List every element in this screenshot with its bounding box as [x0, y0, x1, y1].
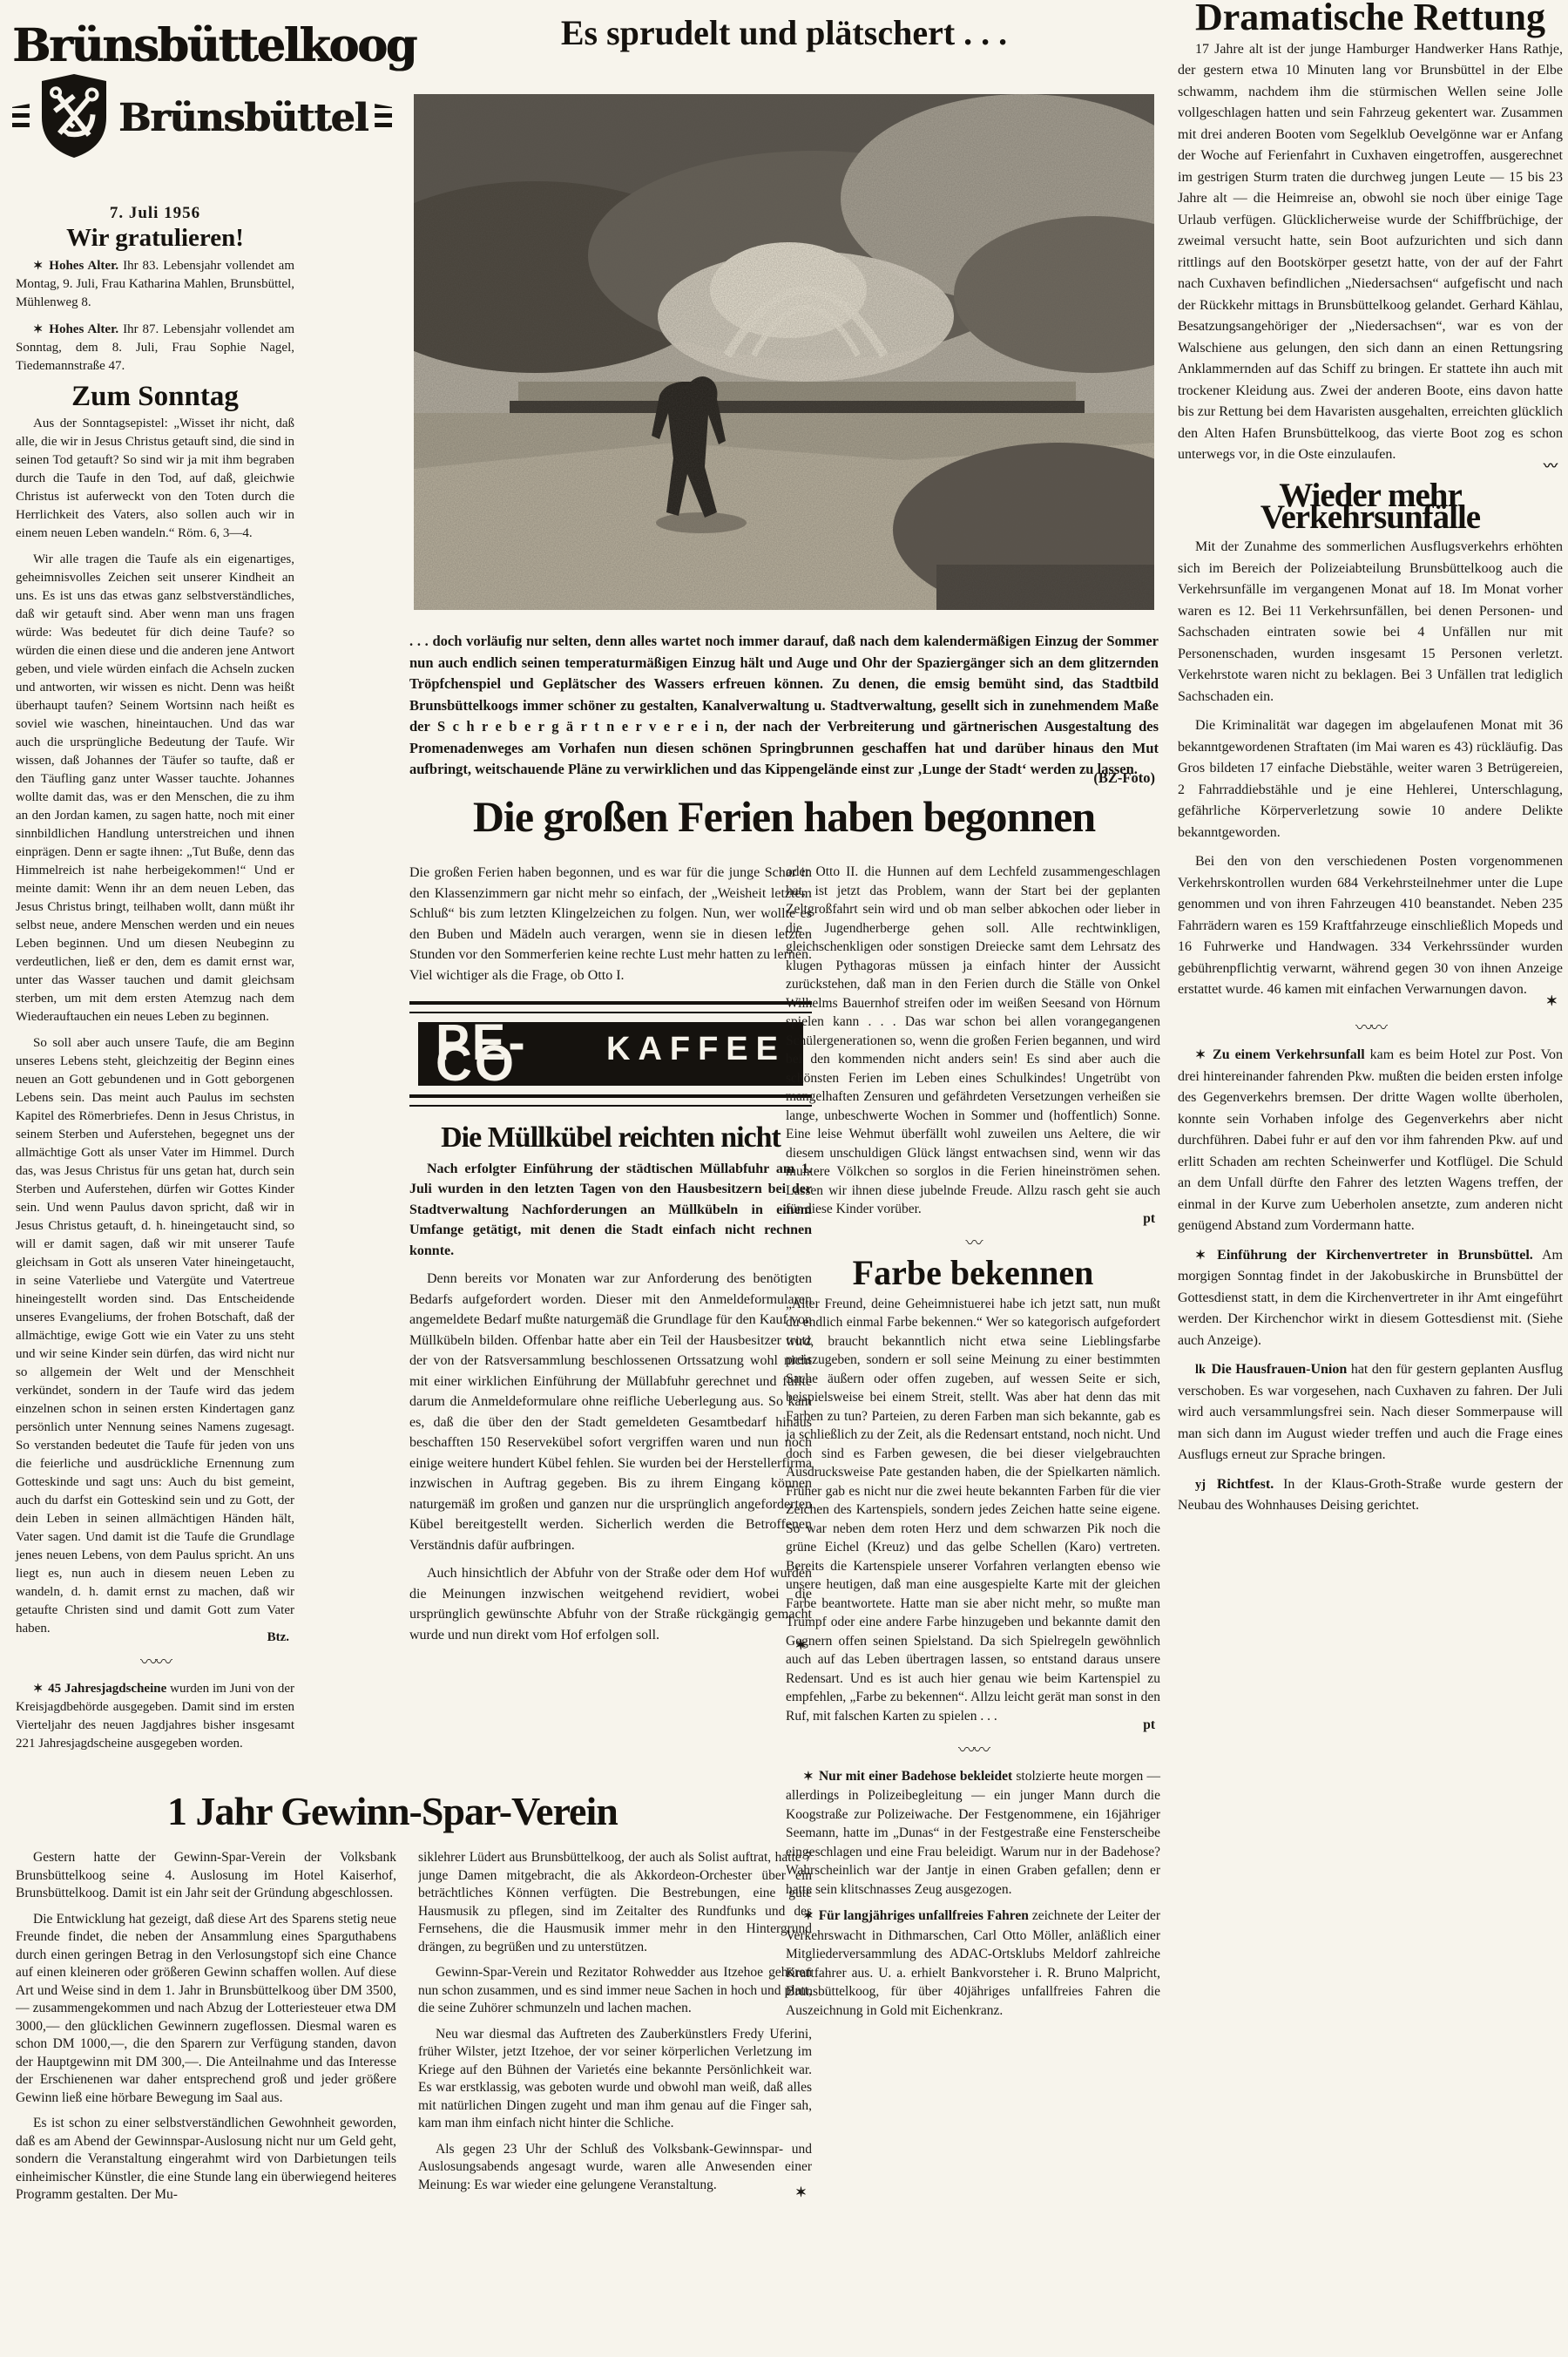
gewinn-paragraph: Es ist schon zu einer selbstverständlich… [16, 2115, 396, 2205]
news-brief-kirchenvertreter: ✶ Einführung der Kirchenvertreter in Bru… [1178, 1245, 1563, 1352]
star-marker-icon: ✶ [33, 1682, 44, 1695]
news-brief-jagdscheine: ✶ 45 Jahresjagdscheine wurden im Juni vo… [16, 1679, 294, 1753]
star-marker-icon: ✶ [33, 322, 44, 335]
headline-ferien: Die großen Ferien haben begonnen [409, 791, 1159, 842]
news-brief-hausfrauen-union: lk Die Hausfrauen-Union hat den für gest… [1178, 1359, 1563, 1466]
headline-farbe-bekennen: Farbe bekennen [786, 1263, 1160, 1283]
sonntag-signature: Btz. [16, 1629, 289, 1647]
masthead-wing-left-icon [12, 104, 30, 132]
masthead-title-line1: Brünsbüttelkoog [12, 23, 392, 71]
ferien-col1-text: Die großen Ferien haben begonnen, und es… [409, 863, 812, 985]
gewinn-paragraph: siklehrer Lüdert aus Brunsbüttelkoog, de… [418, 1849, 812, 1956]
news-brief-hohes-alter-83: ✶ Hohes Alter. Ihr 83. Lebensjahr vollen… [16, 256, 294, 312]
sonntag-paragraph: Aus der Sonntagsepistel: „Wisset ihr nic… [16, 415, 294, 543]
star-marker-icon: ✶ [1195, 1249, 1207, 1263]
headline-gewinn-spar-verein: 1 Jahr Gewinn-Spar-Verein [167, 1788, 618, 1834]
news-brief-badehose: ✶ Nur mit einer Badehose bekleidet stolz… [786, 1767, 1160, 1900]
photo-caption: . . . doch vorläufig nur selten, denn al… [409, 631, 1159, 789]
news-brief-richtfest: yj Richtfest. In der Klaus-Groth-Straße … [1178, 1474, 1563, 1517]
ad-rule-bottom [409, 1094, 812, 1107]
divider-squiggle-icon: 〰〰 [786, 1743, 1160, 1758]
ferien-col2-text: oder Otto II. die Hunnen auf dem Lechfel… [786, 863, 1160, 1219]
star-marker-icon: ✶ [1195, 1048, 1207, 1062]
headline-verkehrsunfaelle: Wieder mehr Verkehrsunfälle [1178, 485, 1563, 528]
masthead: Brünsbüttelkoog [12, 23, 392, 164]
muellkuebel-paragraph: Auch hinsichtlich der Abfuhr von der Str… [409, 1563, 812, 1645]
ad-rule-top [409, 1001, 812, 1013]
gewinn-paragraph: Neu war diesmal das Auftreten des Zauber… [418, 2026, 812, 2133]
newspaper-page: Brünsbüttelkoog [0, 0, 1568, 2357]
sonntag-paragraph: Wir alle tragen die Taufe als ein eigena… [16, 551, 294, 1026]
unfaelle-paragraph: Bei den von den verschiedenen Posten vor… [1178, 851, 1563, 1001]
divider-squiggle-icon: 〰〰 [1178, 1020, 1563, 1036]
gewinn-paragraph: Gewinn-Spar-Verein und Rezitator Rohwedd… [418, 1964, 812, 2018]
star-marker-icon: ✶ [33, 259, 44, 272]
section-heading-zum-sonntag: Zum Sonntag [16, 388, 294, 406]
star-marker-icon: ✶ [803, 1771, 815, 1784]
center-column-1: Die großen Ferien haben begonnen, und es… [409, 863, 812, 1664]
divider-squiggle-icon: 〰 [786, 1236, 1160, 1251]
news-brief-unfallfreies-fahren: ✶ Für langjähriges unfallfreies Fahren z… [786, 1907, 1160, 2020]
crest-shield-anchor-key-icon [37, 72, 112, 164]
headline-dramatische-rettung: Dramatische Rettung [1178, 7, 1563, 29]
news-brief-hohes-alter-87: ✶ Hohes Alter. Ihr 87. Lebensjahr vollen… [16, 320, 294, 376]
ad-product: KAFFEE [606, 1040, 786, 1060]
section-heading-gratulieren: Wir gratulieren! [16, 229, 294, 247]
issue-date: 7. Juli 1956 [16, 204, 294, 222]
muellkuebel-paragraph: Denn bereits vor Monaten war zur Anforde… [409, 1269, 812, 1555]
left-column: 7. Juli 1956 Wir gratulieren! ✶ Hohes Al… [16, 190, 294, 1761]
sonntag-paragraph: So soll aber auch unsere Taufe, die am B… [16, 1034, 294, 1638]
divider-squiggle-icon: 〰〰 [16, 1655, 294, 1670]
unfaelle-paragraph: Mit der Zunahme des sommerlichen Ausflug… [1178, 537, 1563, 708]
masthead-title-line2: Brünsbüttel [118, 96, 368, 140]
gewinn-column-2: siklehrer Lüdert aus Brunsbüttelkoog, de… [418, 1849, 812, 2353]
news-brief-verkehrsunfall: ✶ Zu einem Verkehrsunfall kam es beim Ho… [1178, 1045, 1563, 1237]
rettung-body: 17 Jahre alt ist der junge Hamburger Han… [1178, 39, 1563, 466]
muellkuebel-intro: Nach erfolgter Einführung der städtische… [409, 1159, 812, 1262]
unfaelle-paragraph: Die Kriminalität war dagegen im abgelauf… [1178, 715, 1563, 843]
correspondent-initials: yj [1195, 1478, 1207, 1492]
peco-kaffee-ad: PE-CO KAFFEE [409, 1001, 812, 1107]
headline-es-sprudelt: Es sprudelt und plätschert . . . [409, 12, 1159, 53]
right-column: Dramatische Rettung 17 Jahre alt ist der… [1178, 7, 1563, 1525]
gewinn-paragraph: Die Entwicklung hat gezeigt, daß diese A… [16, 1911, 396, 2108]
farbe-body: „Alter Freund, deine Geheimnistuerei hab… [786, 1295, 1160, 1726]
fountain-photo [414, 94, 1154, 610]
ad-brand: PE-CO [436, 1033, 584, 1074]
center-column-2: oder Otto II. die Hunnen auf dem Lechfel… [786, 863, 1160, 2028]
gewinn-paragraph: Gestern hatte der Gewinn-Spar-Verein der… [16, 1849, 396, 1903]
masthead-wing-right-icon [375, 104, 392, 132]
headline-muellkuebel: Die Müllkübel reichten nicht [409, 1128, 812, 1148]
gewinn-column-1: Gestern hatte der Gewinn-Spar-Verein der… [16, 1849, 396, 2353]
correspondent-initials: lk [1195, 1363, 1207, 1377]
